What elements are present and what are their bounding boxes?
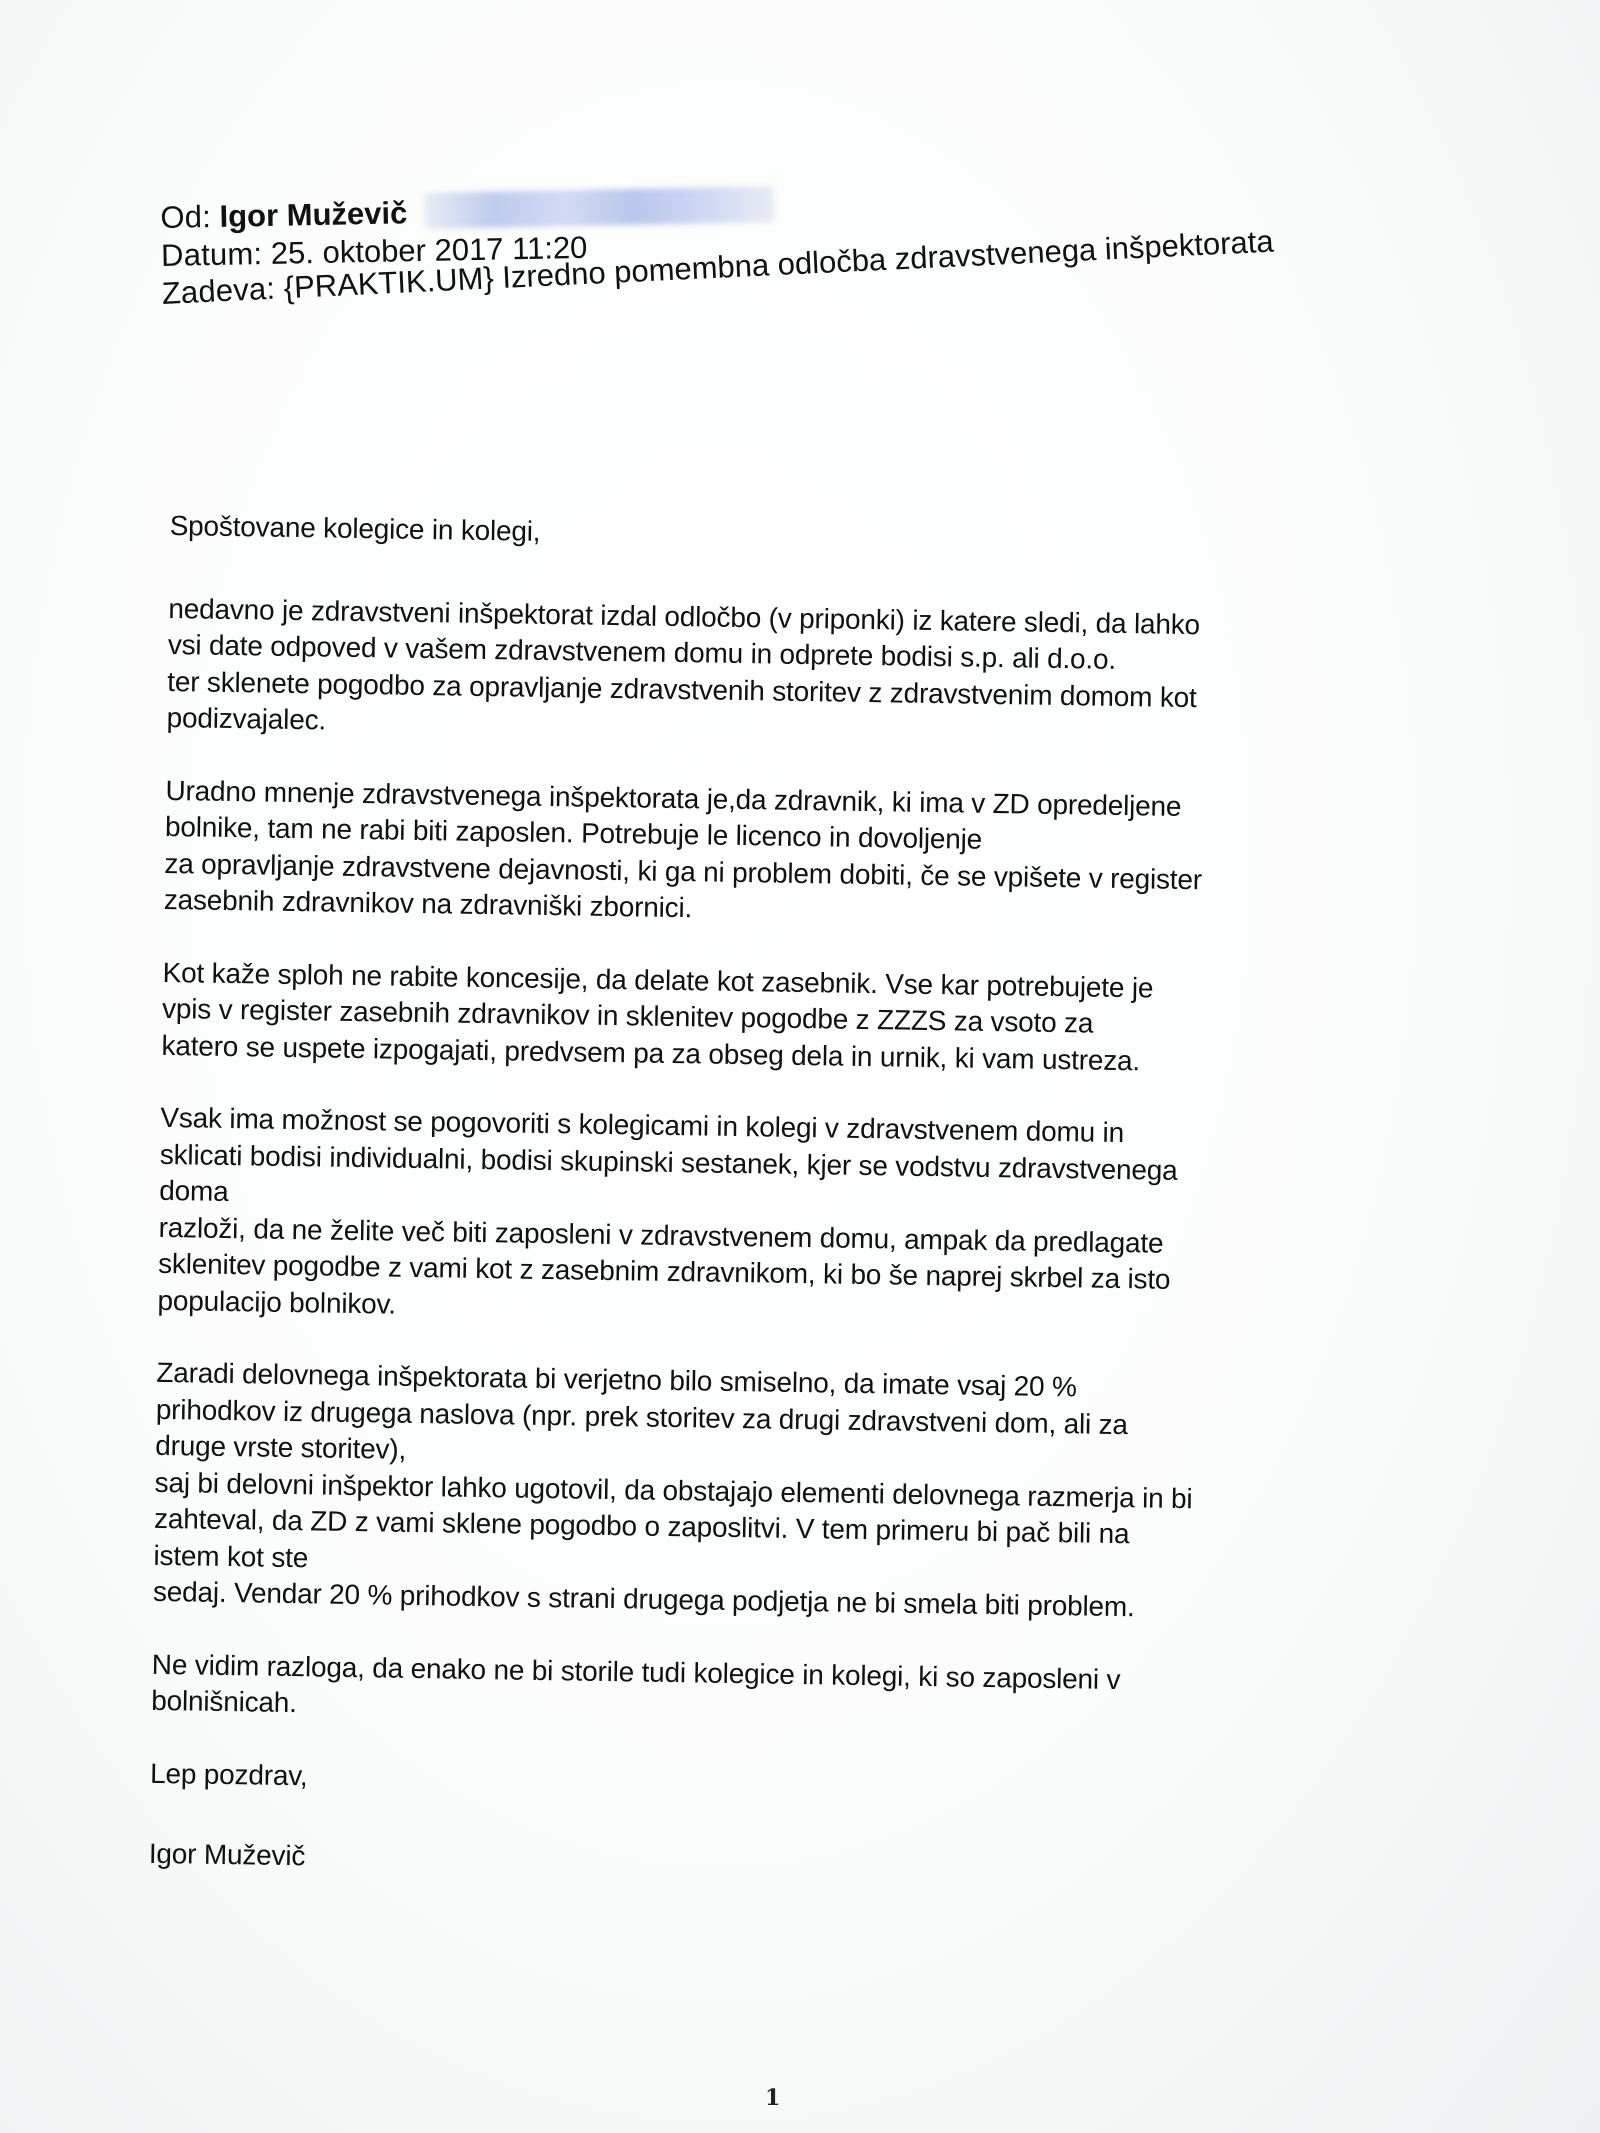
email-header: Od: Igor Muževič Datum: 25. oktober 2017… <box>160 177 1275 313</box>
paragraph: Zaradi delovnega inšpektorata bi verjetn… <box>153 1355 1417 1630</box>
paragraph: Ne vidim razloga, da enako ne bi storile… <box>151 1646 1412 1739</box>
date-label: Datum: <box>161 236 263 273</box>
closing: Lep pozdrav, <box>150 1755 1410 1811</box>
redacted-email <box>424 186 775 229</box>
paragraph: Kot kaže sploh ne rabite koncesije, da d… <box>161 954 1423 1083</box>
paragraph: nedavno je zdravstveni inšpektorat izdal… <box>166 590 1428 756</box>
signature: Igor Muževič <box>149 1836 1409 1892</box>
paragraph: Vsak ima možnost se pogovoriti s kolegic… <box>157 1100 1420 1339</box>
document-page: Od: Igor Muževič Datum: 25. oktober 2017… <box>0 0 1600 2133</box>
email-body: Spoštovane kolegice in kolegi, nedavno j… <box>148 508 1430 1928</box>
paragraph: Uradno mnenje zdravstvenega inšpektorata… <box>164 772 1426 938</box>
sender-name: Igor Muževič <box>219 195 407 234</box>
page-number: 1 <box>765 2085 780 2111</box>
from-label: Od: <box>160 199 211 235</box>
subject-label: Zadeva: <box>161 271 276 311</box>
greeting: Spoštovane kolegice in kolegi, <box>169 508 1429 564</box>
